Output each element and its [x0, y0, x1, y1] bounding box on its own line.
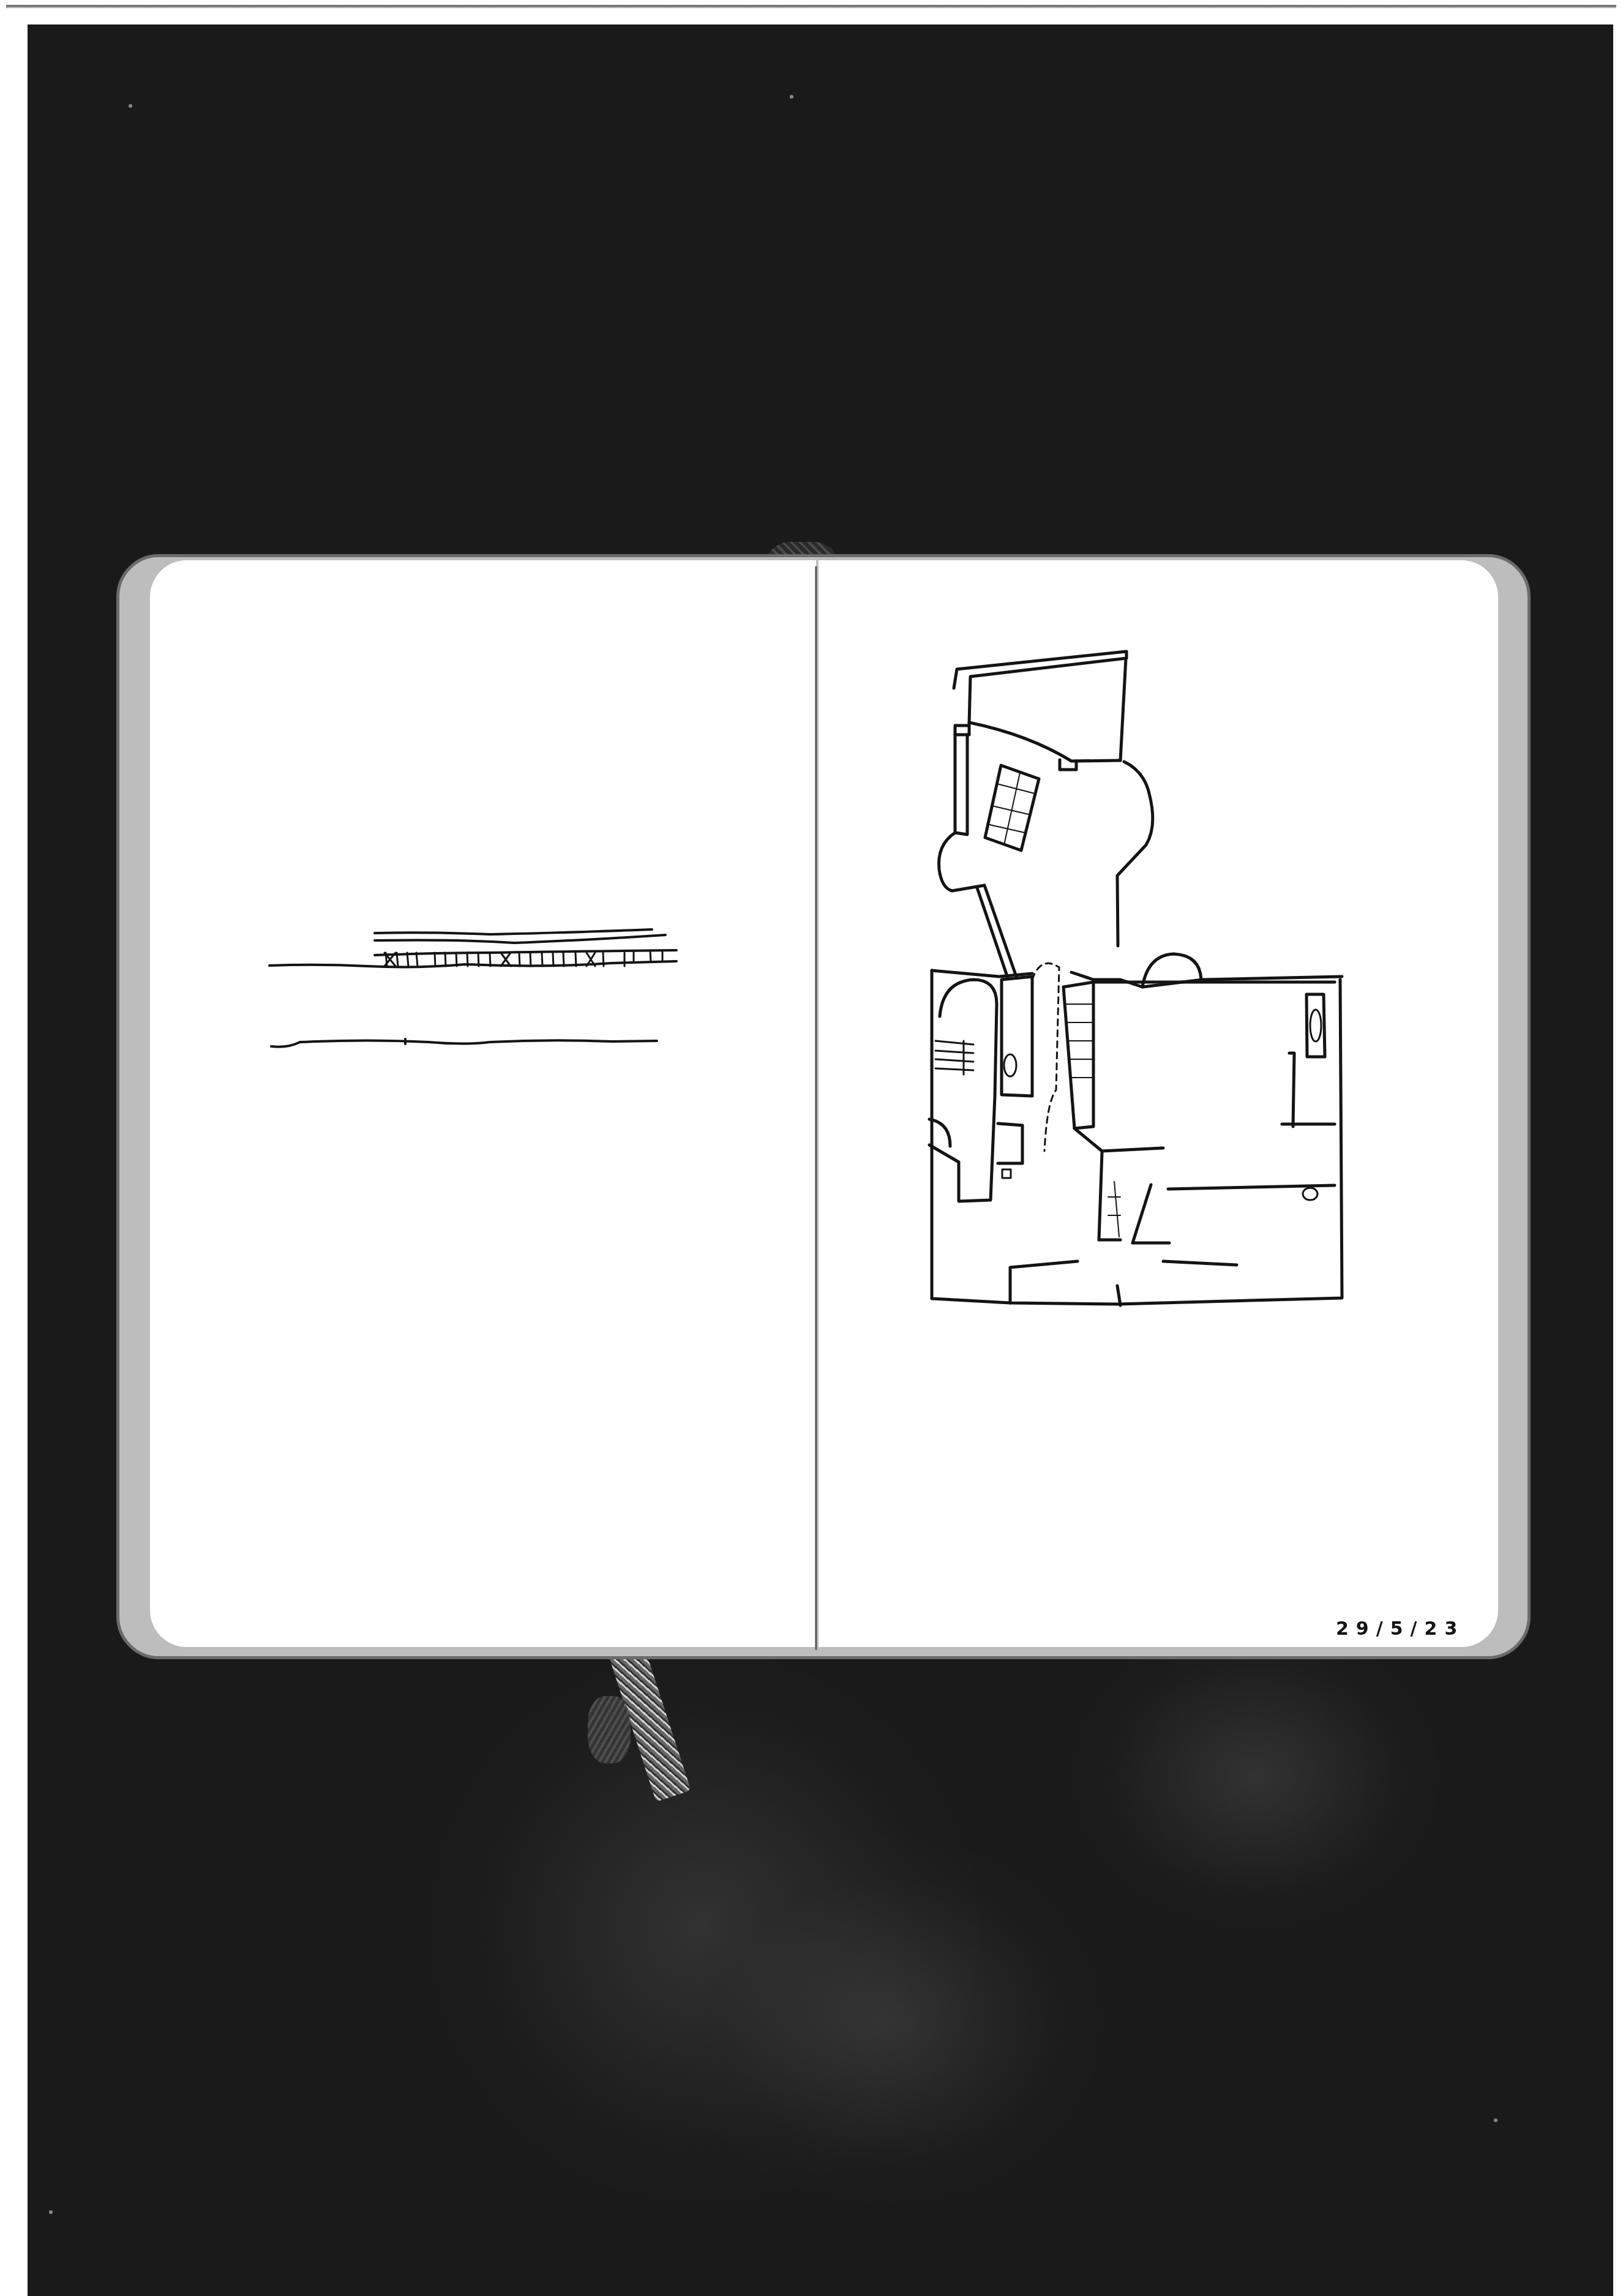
dust-speck	[790, 95, 793, 99]
dust-speck	[1494, 2118, 1497, 2122]
floor-plan-sketch	[0, 0, 1623, 2296]
dust-speck	[129, 104, 132, 108]
date-note: 29/5/23	[1336, 1618, 1464, 1640]
dust-speck	[49, 2210, 53, 2214]
